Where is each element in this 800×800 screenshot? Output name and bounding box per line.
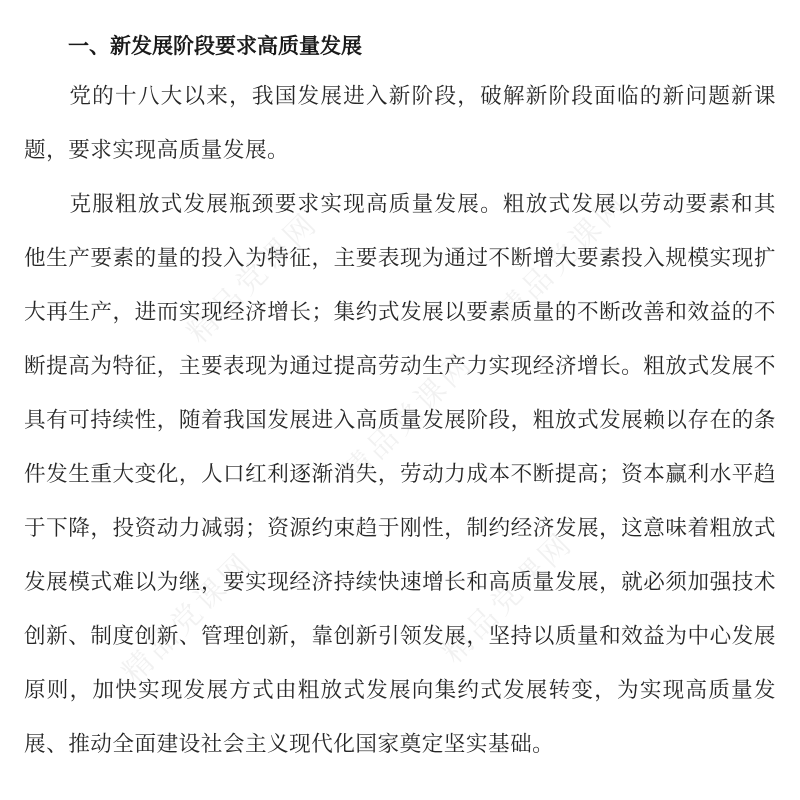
- document-page: 一、新发展阶段要求高质量发展 党的十八大以来，我国发展进入新阶段，破解新阶段面临…: [24, 22, 776, 772]
- paragraph-1: 党的十八大以来，我国发展进入新阶段，破解新阶段面临的新问题新课题，要求实现高质量…: [24, 70, 776, 178]
- paragraph-2: 克服粗放式发展瓶颈要求实现高质量发展。粗放式发展以劳动要素和其他生产要素的量的投…: [24, 178, 776, 772]
- section-heading: 一、新发展阶段要求高质量发展: [68, 22, 776, 70]
